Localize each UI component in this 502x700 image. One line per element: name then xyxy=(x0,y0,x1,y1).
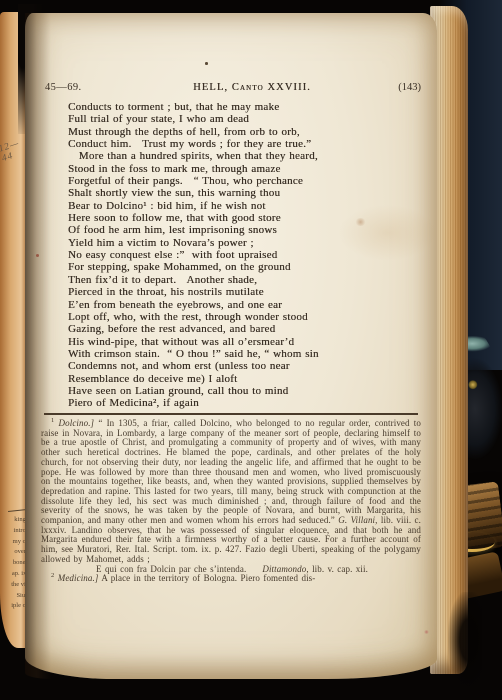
poem-line: Here soon to follow me, that with good s… xyxy=(68,212,398,224)
poem-line: Full trial of your state, I who am dead xyxy=(68,113,398,125)
poem-line: Yield him a victim to Novara’s power ; xyxy=(68,237,398,249)
poem-line: Conducts to torment ; but, that he may m… xyxy=(68,101,398,113)
poem-line: Conduct him. Trust my words ; for they a… xyxy=(68,138,398,150)
poem-line: Shalt shortly view the sun, this warning… xyxy=(68,187,398,199)
poem-line: Have seen on Latian ground, call thou to… xyxy=(68,385,398,397)
footnote-divider xyxy=(44,413,418,415)
footnotes: 1 Dolcino.] “ In 1305, a friar, called D… xyxy=(41,419,421,584)
footnote-1-marker: 1 xyxy=(51,417,54,424)
poem-line: E’en from beneath the eyebrows, and one … xyxy=(68,299,398,311)
page-stain xyxy=(36,254,39,257)
footnote-2: 2 Medicina.] A place in the territory of… xyxy=(41,574,421,584)
page-header: 45—69. HELL, Canto XXVIII. (143) xyxy=(25,82,437,96)
page-stain xyxy=(355,218,366,226)
left-page-text-fragment: my of xyxy=(1,537,28,548)
poem-line: Condemns not, and whom erst (unless too … xyxy=(68,360,398,372)
left-page-text-fragment: intro- xyxy=(1,526,28,537)
book-page: 45—69. HELL, Canto XXVIII. (143) Conduct… xyxy=(25,13,437,679)
poem-line: With crimson stain. “ O thou !” said he,… xyxy=(68,348,398,360)
poem-line: More than a hundred spirits, when that t… xyxy=(68,150,398,162)
footnote-2-marker: 2 xyxy=(51,572,54,579)
poem-line: Of food he arm him, lest imprisoning sno… xyxy=(68,224,398,236)
book-photo: 12—44 ”” king-intro-my ofover-bonesap. i… xyxy=(0,0,502,700)
poem-line: Must through the depths of hell, from or… xyxy=(68,126,398,138)
poem-line: No easy conquest else :” with foot uprai… xyxy=(68,249,398,261)
poem-line: Resemblance do deceive me) I aloft xyxy=(68,373,398,385)
footnote-1: 1 Dolcino.] “ In 1305, a friar, called D… xyxy=(41,419,421,565)
left-page-text-fragment: iple of xyxy=(1,601,28,612)
left-page-text-fragment: king- xyxy=(1,515,28,526)
page-number: (143) xyxy=(398,82,421,93)
left-page-text-fragment: ap. ix. xyxy=(1,569,28,580)
poem-line: Gazing, before the rest advanced, and ba… xyxy=(68,323,398,335)
left-page-text-fragment: bones xyxy=(1,558,28,569)
poem-line: Forgetful of their pangs. “ Thou, who pe… xyxy=(68,175,398,187)
footnote-1-citation: G. Villani, xyxy=(338,515,377,525)
poem-line: Then fix’d it to depart. Another shade, xyxy=(68,274,398,286)
footnote-1-term: Dolcino.] xyxy=(59,418,95,428)
left-page-text-fragment: the vi- xyxy=(1,580,28,591)
footnote-2-body: A place in the territory of Bologna. Pie… xyxy=(101,573,315,583)
page-stain xyxy=(424,630,429,634)
fore-edge-shadow xyxy=(448,592,482,688)
poem-text: Conducts to torment ; but, that he may m… xyxy=(68,101,398,410)
poem-line: Bear to Dolcino¹ : bid him, if he wish n… xyxy=(68,200,398,212)
page-speck xyxy=(205,62,208,65)
poem-line: His wind-pipe, that without was all o’er… xyxy=(68,336,398,348)
footnote-quote-source-detail: , lib. v. cap. xii. xyxy=(306,564,368,574)
poem-line: Pierced in the throat, his nostrils muti… xyxy=(68,286,398,298)
previous-page-prose-fragments: king-intro-my ofover-bonesap. ix.the vi-… xyxy=(1,515,28,612)
footnote-1-body: “ In 1305, a friar, called Dolcino, who … xyxy=(41,418,421,525)
left-page-text-fragment: over- xyxy=(1,547,28,558)
left-page-text-fragment: Siue xyxy=(1,591,28,602)
poem-line: Lopt off, who, with the rest, through wo… xyxy=(68,311,398,323)
poem-line: Piero of Medicina², if again xyxy=(68,397,398,409)
page-title: HELL, Canto XXVIII. xyxy=(46,82,458,93)
footnote-2-term: Medicina.] xyxy=(58,573,99,583)
poem-line: Stood in the foss to mark me, through am… xyxy=(68,163,398,175)
poem-line: For stepping, spake Mohammed, on the gro… xyxy=(68,261,398,273)
